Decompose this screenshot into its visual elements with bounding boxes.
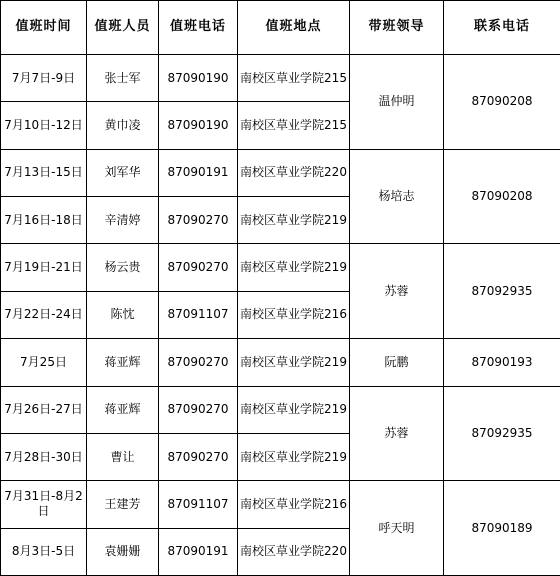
duty-time-cell: 7月10日-12日	[1, 102, 87, 149]
header-duty-phone: 值班电话	[159, 1, 238, 55]
table-row: 7月7日-9日张士军87090190南校区草业学院215温仲明87090208	[1, 55, 560, 102]
leader-name-cell: 呼天明	[350, 481, 444, 576]
duty-table-body: 7月7日-9日张士军87090190南校区草业学院215温仲明870902087…	[1, 55, 560, 576]
table-row: 7月19日-21日杨云贵87090270南校区草业学院219苏蓉87092935	[1, 244, 560, 291]
duty-person-cell: 陈忱	[87, 291, 159, 338]
duty-time-cell: 7月7日-9日	[1, 55, 87, 102]
duty-time-cell: 8月3日-5日	[1, 528, 87, 575]
duty-phone-cell: 87090270	[159, 197, 238, 244]
leader-name-cell: 温仲明	[350, 55, 444, 150]
duty-time-cell: 7月28日-30日	[1, 433, 87, 480]
header-contact-phone: 联系电话	[444, 1, 560, 55]
duty-phone-cell: 87090270	[159, 386, 238, 433]
duty-roster-page: 值班时间 值班人员 值班电话 值班地点 带班领导 联系电话 7月7日-9日张士军…	[0, 0, 560, 576]
duty-person-cell: 辛清婷	[87, 197, 159, 244]
duty-location-cell: 南校区草业学院216	[238, 291, 350, 338]
duty-phone-cell: 87091107	[159, 481, 238, 528]
duty-location-cell: 南校区草业学院219	[238, 433, 350, 480]
leader-phone-cell: 87090189	[444, 481, 560, 576]
table-row: 7月13日-15日刘军华87090191南校区草业学院220杨培志8709020…	[1, 149, 560, 196]
table-row: 7月26日-27日蒋亚辉87090270南校区草业学院219苏蓉87092935	[1, 386, 560, 433]
leader-phone-cell: 87090208	[444, 55, 560, 150]
table-row: 7月25日蒋亚辉87090270南校区草业学院219阮鹏87090193	[1, 339, 560, 386]
leader-phone-cell: 87090193	[444, 339, 560, 386]
header-row: 值班时间 值班人员 值班电话 值班地点 带班领导 联系电话	[1, 1, 560, 55]
duty-person-cell: 蒋亚辉	[87, 339, 159, 386]
duty-time-cell: 7月16日-18日	[1, 197, 87, 244]
leader-phone-cell: 87092935	[444, 386, 560, 481]
duty-time-cell: 7月13日-15日	[1, 149, 87, 196]
duty-location-cell: 南校区草业学院215	[238, 55, 350, 102]
duty-person-cell: 袁姗姗	[87, 528, 159, 575]
duty-person-cell: 刘军华	[87, 149, 159, 196]
duty-roster-table: 值班时间 值班人员 值班电话 值班地点 带班领导 联系电话 7月7日-9日张士军…	[0, 0, 560, 576]
duty-phone-cell: 87090270	[159, 244, 238, 291]
duty-person-cell: 张士军	[87, 55, 159, 102]
duty-location-cell: 南校区草业学院215	[238, 102, 350, 149]
header-duty-time: 值班时间	[1, 1, 87, 55]
leader-phone-cell: 87092935	[444, 244, 560, 339]
header-leader: 带班领导	[350, 1, 444, 55]
duty-time-cell: 7月31日-8月2日	[1, 481, 87, 528]
header-duty-location: 值班地点	[238, 1, 350, 55]
table-header: 值班时间 值班人员 值班电话 值班地点 带班领导 联系电话	[1, 1, 560, 55]
duty-phone-cell: 87090270	[159, 339, 238, 386]
duty-person-cell: 王建芳	[87, 481, 159, 528]
duty-location-cell: 南校区草业学院216	[238, 481, 350, 528]
duty-phone-cell: 87090191	[159, 149, 238, 196]
duty-time-cell: 7月22日-24日	[1, 291, 87, 338]
duty-time-cell: 7月26日-27日	[1, 386, 87, 433]
duty-time-cell: 7月19日-21日	[1, 244, 87, 291]
duty-location-cell: 南校区草业学院219	[238, 244, 350, 291]
duty-person-cell: 曹让	[87, 433, 159, 480]
header-duty-person: 值班人员	[87, 1, 159, 55]
duty-location-cell: 南校区草业学院219	[238, 197, 350, 244]
duty-phone-cell: 87090191	[159, 528, 238, 575]
duty-location-cell: 南校区草业学院220	[238, 528, 350, 575]
duty-phone-cell: 87090190	[159, 102, 238, 149]
leader-name-cell: 苏蓉	[350, 386, 444, 481]
duty-person-cell: 杨云贵	[87, 244, 159, 291]
duty-time-cell: 7月25日	[1, 339, 87, 386]
duty-phone-cell: 87090270	[159, 433, 238, 480]
table-row: 7月31日-8月2日王建芳87091107南校区草业学院216呼天明870901…	[1, 481, 560, 528]
duty-person-cell: 黄巾凌	[87, 102, 159, 149]
duty-person-cell: 蒋亚辉	[87, 386, 159, 433]
leader-name-cell: 阮鹏	[350, 339, 444, 386]
leader-name-cell: 苏蓉	[350, 244, 444, 339]
duty-location-cell: 南校区草业学院219	[238, 339, 350, 386]
duty-location-cell: 南校区草业学院220	[238, 149, 350, 196]
duty-location-cell: 南校区草业学院219	[238, 386, 350, 433]
leader-phone-cell: 87090208	[444, 149, 560, 244]
leader-name-cell: 杨培志	[350, 149, 444, 244]
duty-phone-cell: 87090190	[159, 55, 238, 102]
duty-phone-cell: 87091107	[159, 291, 238, 338]
